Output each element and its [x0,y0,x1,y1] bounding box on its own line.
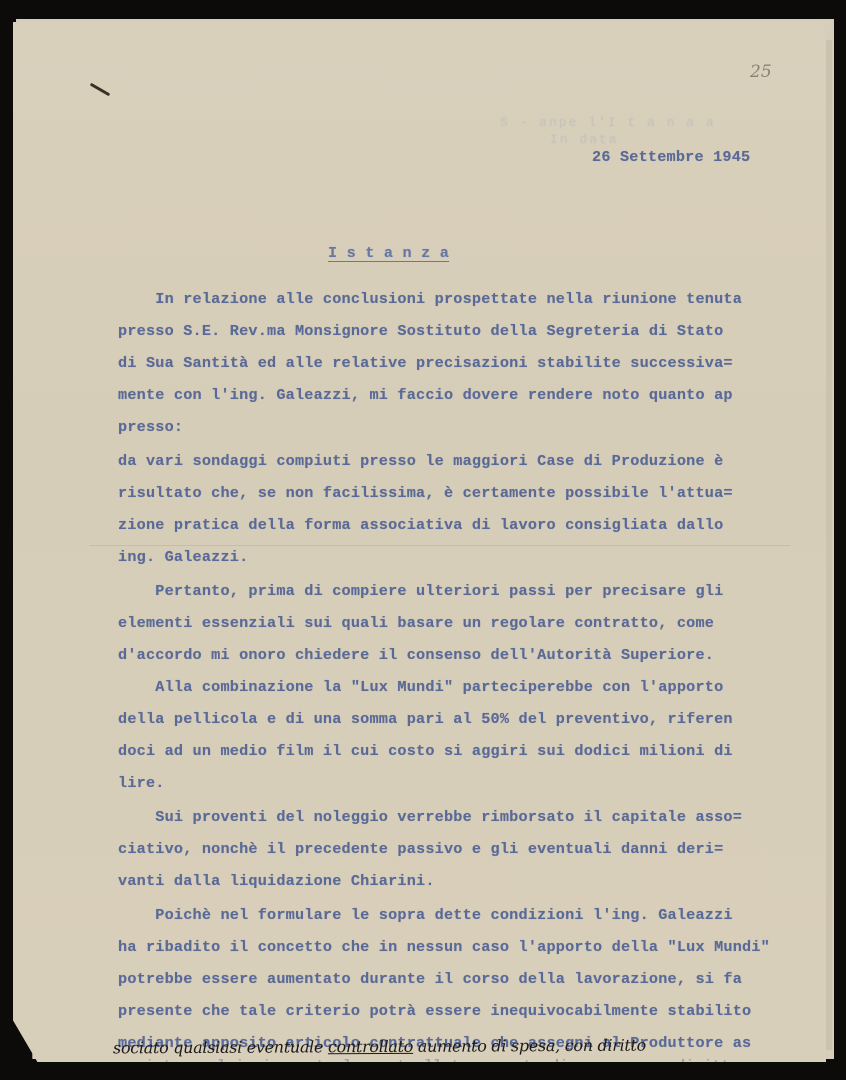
body-line: Sui proventi del noleggio verrebbe rimbo… [118,808,742,828]
body-line: da vari sondaggi compiuti presso le magg… [118,452,723,472]
paper-edge [826,40,832,1050]
body-line: ha ribadito il concetto che in nessun ca… [118,938,770,958]
fold-line [90,545,790,546]
body-line: d'accordo mi onoro chiedere il consenso … [118,646,714,666]
body-line: elementi essenziali sui quali basare un … [118,614,714,634]
body-line: presso S.E. Rev.ma Monsignore Sostituto … [118,322,723,342]
body-line: lire. [118,774,165,794]
body-line: mente con l'ing. Galeazzi, mi faccio dov… [118,386,733,406]
handwriting-part-1: sociato qualsiasi eventuale [113,1037,328,1057]
faded-letterhead-line-1: S - anpe l'I t a n a a [500,114,716,131]
body-line: In relazione alle conclusioni prospettat… [118,290,742,310]
body-line: Pertanto, prima di compiere ulteriori pa… [118,582,723,602]
handwriting-underlined-word: controllato [328,1037,413,1056]
body-line: presso: [118,418,183,438]
body-line: potrebbe essere aumentato durante il cor… [118,970,742,990]
scan-background [0,1062,846,1080]
body-line: ciativo, nonchè il precedente passivo e … [118,840,723,860]
faded-letterhead: S - anpe l'I t a n a a In data [500,114,716,148]
body-line: risultato che, se non facilissima, è cer… [118,484,733,504]
body-line: della pellicola e di una somma pari al 5… [118,710,733,730]
body-line: doci ad un medio film il cui costo si ag… [118,742,733,762]
page-number: 25 [750,62,772,82]
faded-letterhead-line-2: In data [500,131,716,148]
body-line: di Sua Santità ed alle relative precisaz… [118,354,733,374]
document-date: 26 Settembre 1945 [592,148,750,166]
body-line: ing. Galeazzi. [118,548,248,568]
body-line: Poichè nel formulare le sopra dette cond… [118,906,733,926]
body-line: presente che tale criterio potrà essere … [118,1002,751,1022]
body-line: Alla combinazione la "Lux Mundi" parteci… [118,678,723,698]
document-title: I s t a n z a [328,244,449,262]
body-line: zione pratica della forma associativa di… [118,516,723,536]
body-line: vanti dalla liquidazione Chiarini. [118,872,435,892]
handwritten-annotation: sociato qualsiasi eventuale controllato … [113,1036,646,1058]
handwriting-part-2: aumento di spesa, con diritto [413,1036,646,1056]
